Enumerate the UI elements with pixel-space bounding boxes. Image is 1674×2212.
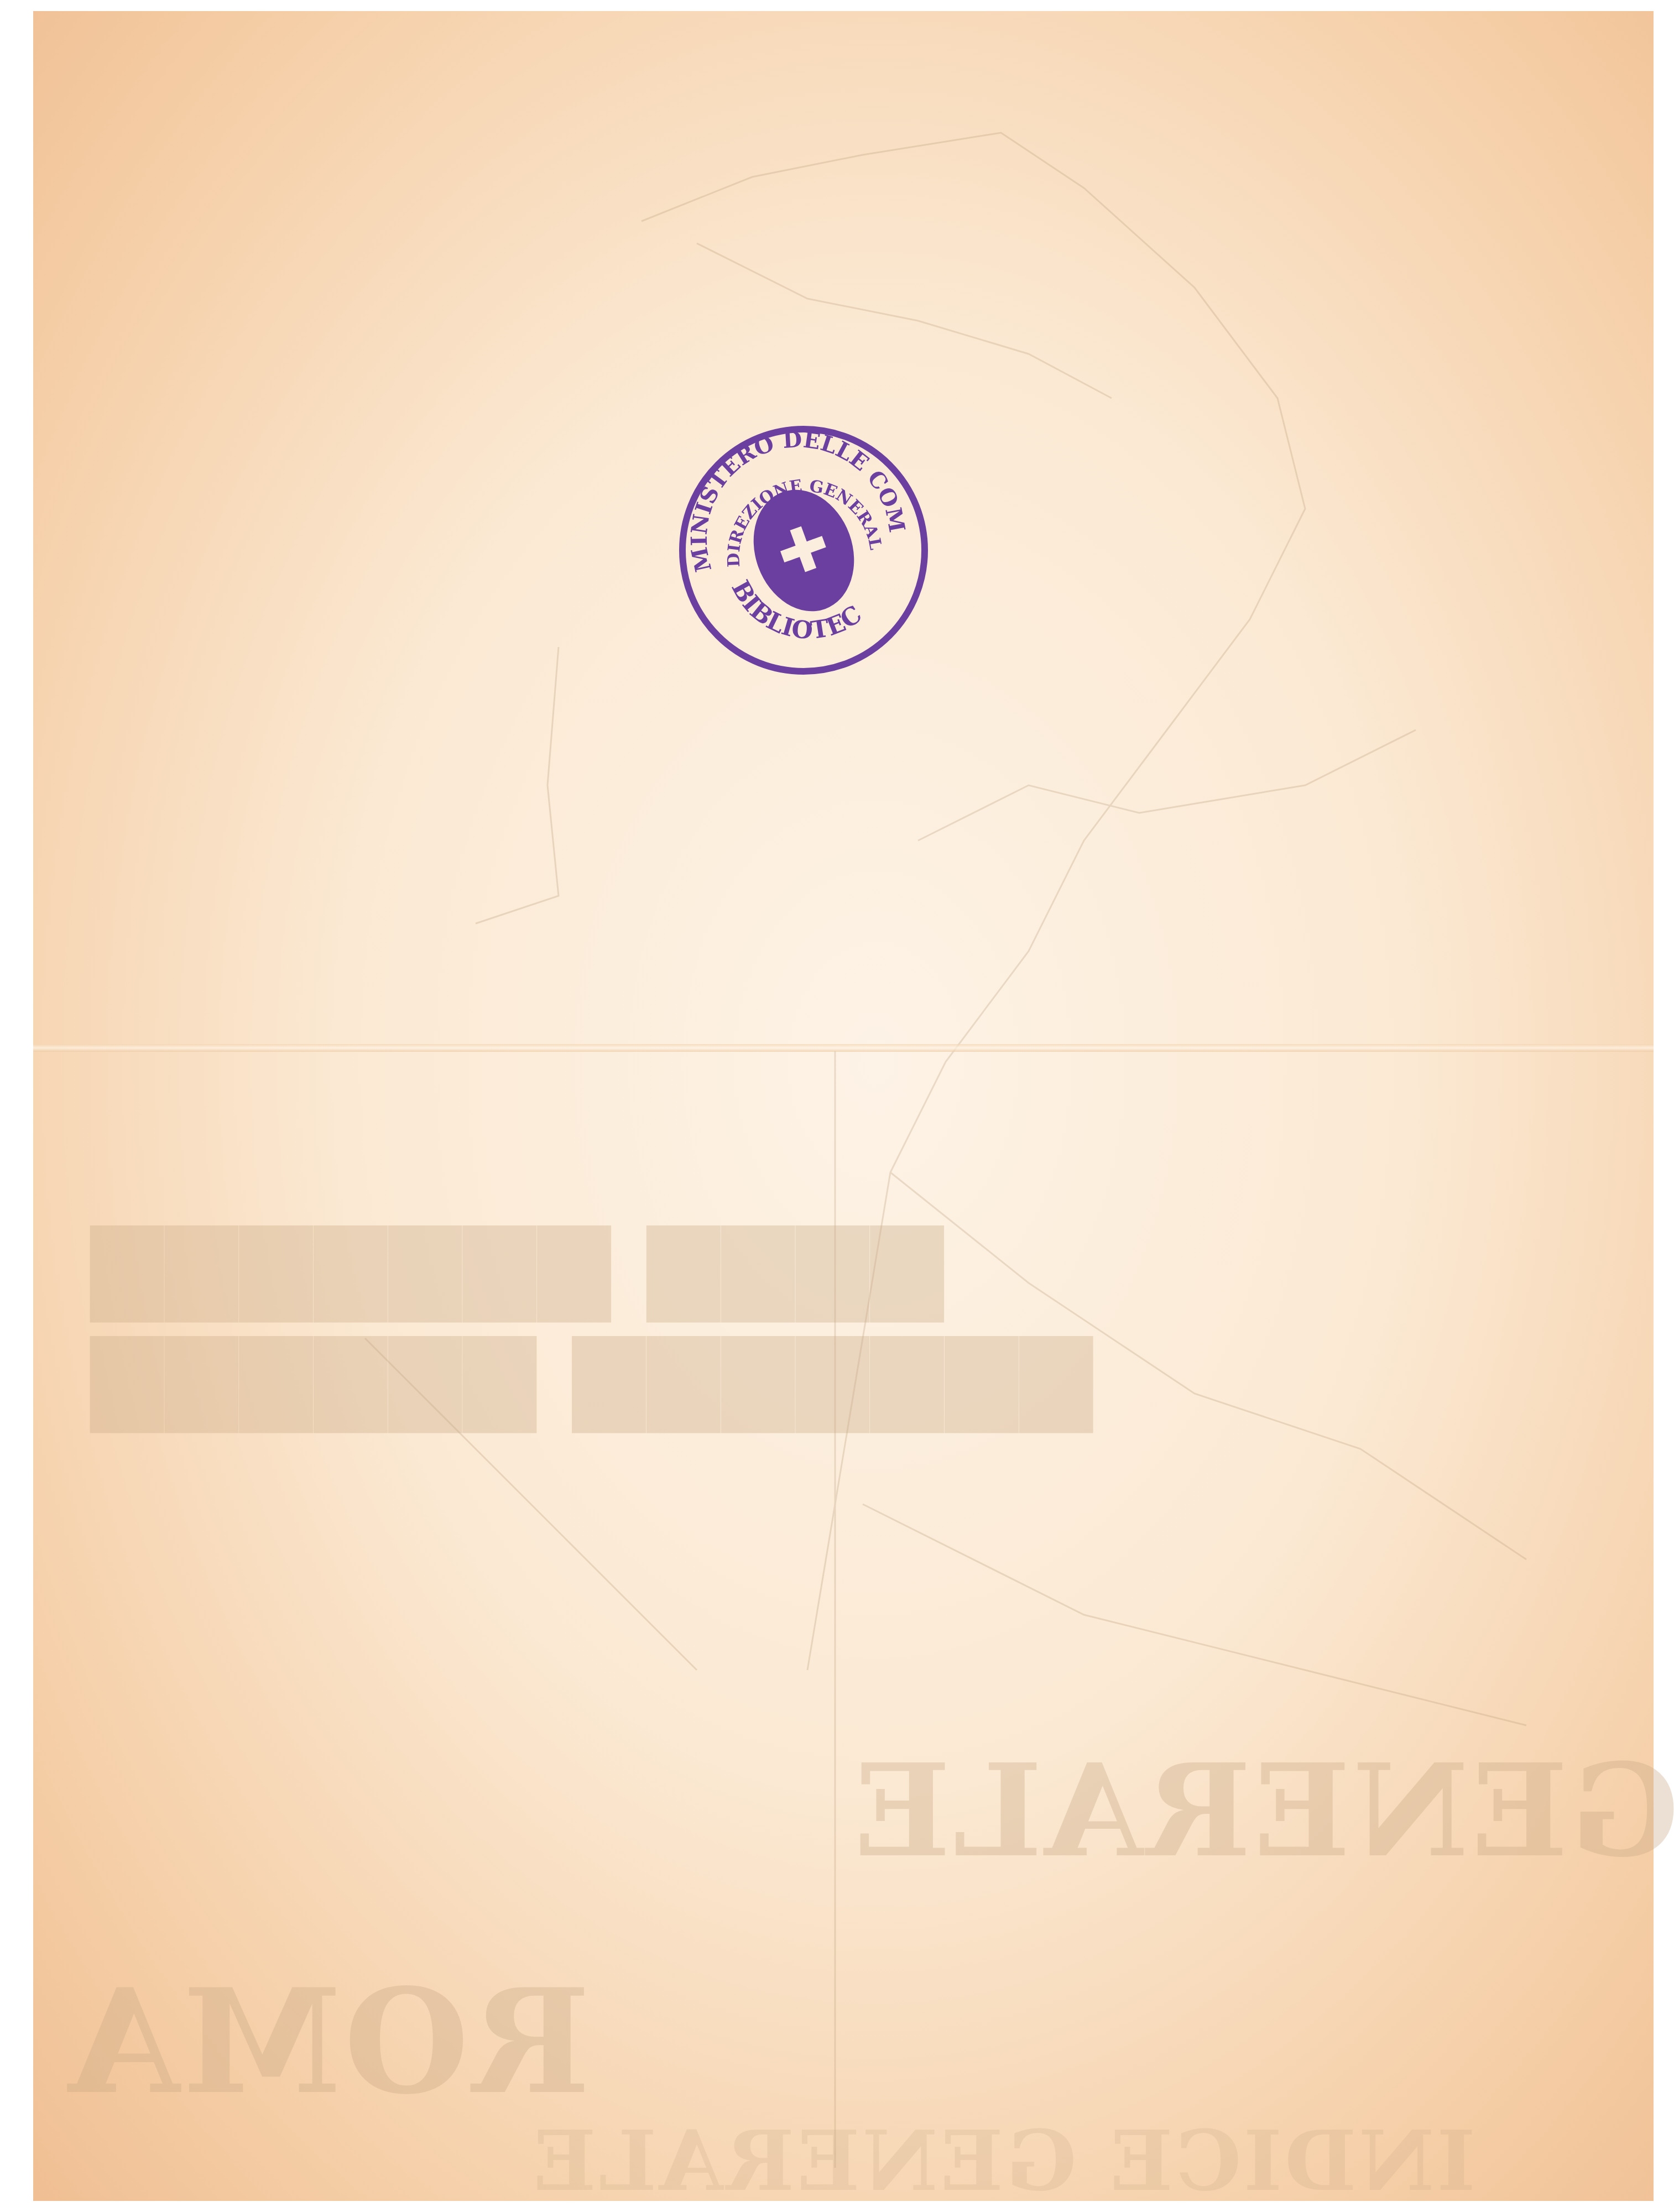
library-stamp: MINISTERO DELLE COMUNICAZIONI DIREZIONE … xyxy=(679,426,928,675)
show-through-roma: ROMA xyxy=(66,1958,591,2126)
show-through-subheading: ▇▇▇▇▇▇▇ ▇▇▇▇▇▇ xyxy=(88,1322,1092,1432)
show-through-heading: ▇▇▇▇ ▇▇▇▇▇▇▇ xyxy=(88,1211,943,1322)
paper-fold-crease xyxy=(33,1044,1654,1052)
torn-left-edge xyxy=(0,1161,33,2184)
paper-sheet: ORARIO GENERALE ROMA INDICE GENERALE ▇▇▇… xyxy=(33,11,1654,2201)
show-through-index: INDICE GENERALE xyxy=(531,2112,1475,2210)
show-through-title: ORARIO GENERALE xyxy=(852,1736,1674,1886)
